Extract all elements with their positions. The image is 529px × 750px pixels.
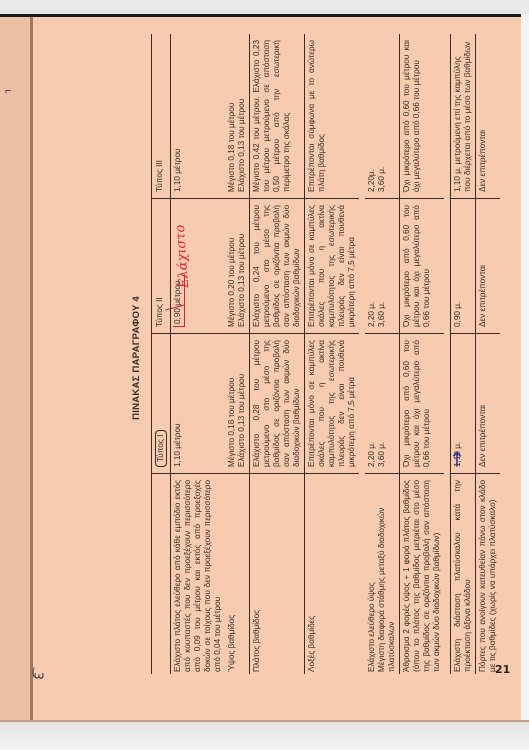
- cell-type-1: 1,10 μέτρου: [171, 334, 225, 474]
- header-type-1-label: Τύπος Ι: [155, 430, 167, 467]
- row-label: Ελάχιστο πλάτος ελεύθερο από κάθε εμπόδι…: [171, 474, 225, 674]
- row-label: Πόρτες που ανοίγουν κατευθείαν πάνω στον…: [476, 474, 500, 674]
- binding-fold-line: [30, 17, 33, 720]
- table-row: Πλάτος βαθμίδος Ελάχιστο 0,28 του μέτρου…: [249, 34, 304, 674]
- cell-type-1: Μέγιστο 0,18 του μέτρου Ελάχιστο 0,13 το…: [225, 334, 249, 474]
- table-row: Λοξές βαθμίδες Επιτρέπονται μόνο σε καμπ…: [304, 34, 359, 674]
- cell-type-1: Όχι μικρότερο από 0,60 του μέτρου και όχ…: [400, 334, 444, 474]
- row-label: Ελάχιστη διάσταση πλατύσκαλου κατά την π…: [451, 474, 475, 674]
- cell-type-1: Επιτρέπονται μόνο σε καμπύλες σκάλες που…: [305, 334, 359, 474]
- table-row: Άθροισμα 2 φορές ύψος + 1 φορά πλάτος βα…: [399, 34, 444, 674]
- cell-type-3: 2,20μ. 3,60 μ.: [365, 34, 399, 199]
- table-header-row: Τύπος Ι Τύπος ΙΙ Τύπος ΙΙΙ: [152, 34, 170, 674]
- table-row: Ύψος βαθμίδος Μέγιστο 0,18 του μέτρου Ελ…: [225, 34, 249, 674]
- scanner-top-edge: [0, 0, 529, 17]
- cell-type-2: 0,90 μέτρου: [171, 199, 225, 334]
- table-row: Ελάχιστο πλάτος ελεύθερο από κάθε εμπόδι…: [170, 34, 225, 674]
- stairs-requirements-table: Τύπος Ι Τύπος ΙΙ Τύπος ΙΙΙ Ελάχιστο πλάτ…: [151, 34, 500, 674]
- cell-type-3: 1,10 μ. μετρούμενη επί της καμπύλης που …: [451, 34, 475, 199]
- cell-type-2: Ελάχιστο 0,24 του μέτρου μετρούμενο στο …: [250, 199, 304, 334]
- table-row: Ελάχιστη διάσταση πλατύσκαλου κατά την π…: [450, 34, 475, 674]
- header-type-1: Τύπος Ι: [152, 334, 170, 474]
- row-label: Άθροισμα 2 φορές ύψος + 1 φορά πλάτος βα…: [400, 474, 444, 674]
- cell-type-2: Όχι μικρότερο από 0,60 του μέτρου και όχ…: [400, 199, 444, 334]
- cell-type-3: 1,10 μέτρου: [171, 34, 225, 199]
- cell-type-1: Ελάχιστο 0,28 του μέτρου μετρούμενο στο …: [250, 334, 304, 474]
- header-type-3: Τύπος ΙΙΙ: [152, 34, 170, 199]
- cell-type-2: 2,20 μ. 3,60 μ.: [365, 199, 399, 334]
- red-marked-value: 0,90 μέτρου: [173, 274, 185, 327]
- cell-type-3: Μέγιστο 0,18 του μέτρου Ελάχιστο 0,13 το…: [225, 34, 249, 199]
- handwritten-margin-note: ℇ͡: [33, 672, 47, 679]
- table-row: Πόρτες που ανοίγουν κατευθείαν πάνω στον…: [475, 34, 500, 674]
- header-empty: [152, 474, 170, 674]
- cell-type-2: Δεν επιτρέπονται: [476, 199, 500, 334]
- cell-type-3: Δεν επιτρέπονται: [476, 34, 500, 199]
- scanner-bottom-edge: [0, 720, 529, 750]
- cell-type-3: Όχι μικρότερο από 0,60 του μέτρου και όχ…: [400, 34, 444, 199]
- row-label: Πλάτος βαθμίδος: [250, 474, 304, 674]
- row-label: Ύψος βαθμίδος: [225, 474, 249, 674]
- cell-type-1: Δεν επιτρέπονται: [476, 334, 500, 474]
- rotated-table-content: ΠΙΝΑΚΑΣ ΠΑΡΑΓΡΑΦΟΥ 4 Ελάχιστο Τύπος Ι Τύ…: [117, 28, 497, 688]
- scanner-right-edge: [521, 14, 529, 720]
- handwritten-margin-mark: ⌐: [5, 85, 11, 97]
- cell-type-1: 2,20 μ. 3,60 μ.: [365, 334, 399, 474]
- table-row: Ελάχιστο ελεύθερο ύψος Μέγιστη διαφορά σ…: [365, 34, 399, 674]
- cell-type-2: Μέγιστο 0,20 του μέτρου Ελάχιστο 0,13 το…: [225, 199, 249, 334]
- binding-margin: [0, 17, 30, 720]
- row-label: Ελάχιστο ελεύθερο ύψος Μέγιστη διαφορά σ…: [365, 474, 399, 674]
- table-title: ΠΙΝΑΚΑΣ ΠΑΡΑΓΡΑΦΟΥ 4: [132, 28, 142, 688]
- handwritten-blue-arrow-icon: ↑: [449, 455, 466, 465]
- row-label: Λοξές βαθμίδες: [305, 474, 359, 674]
- cell-type-2: 0,90 μ.: [451, 199, 475, 334]
- cell-type-2: Επιτρέπονται μόνο σε καμπύλες σκάλες που…: [305, 199, 359, 334]
- cell-type-3: Επιτρέπονται σύμφωνα με το ανώτερω πλάτη…: [305, 34, 359, 199]
- header-type-2: Τύπος ΙΙ: [152, 199, 170, 334]
- cell-type-3: Μέγιστο 0,42 του μέτρου. Ελάχιστο 0,23 τ…: [250, 34, 304, 199]
